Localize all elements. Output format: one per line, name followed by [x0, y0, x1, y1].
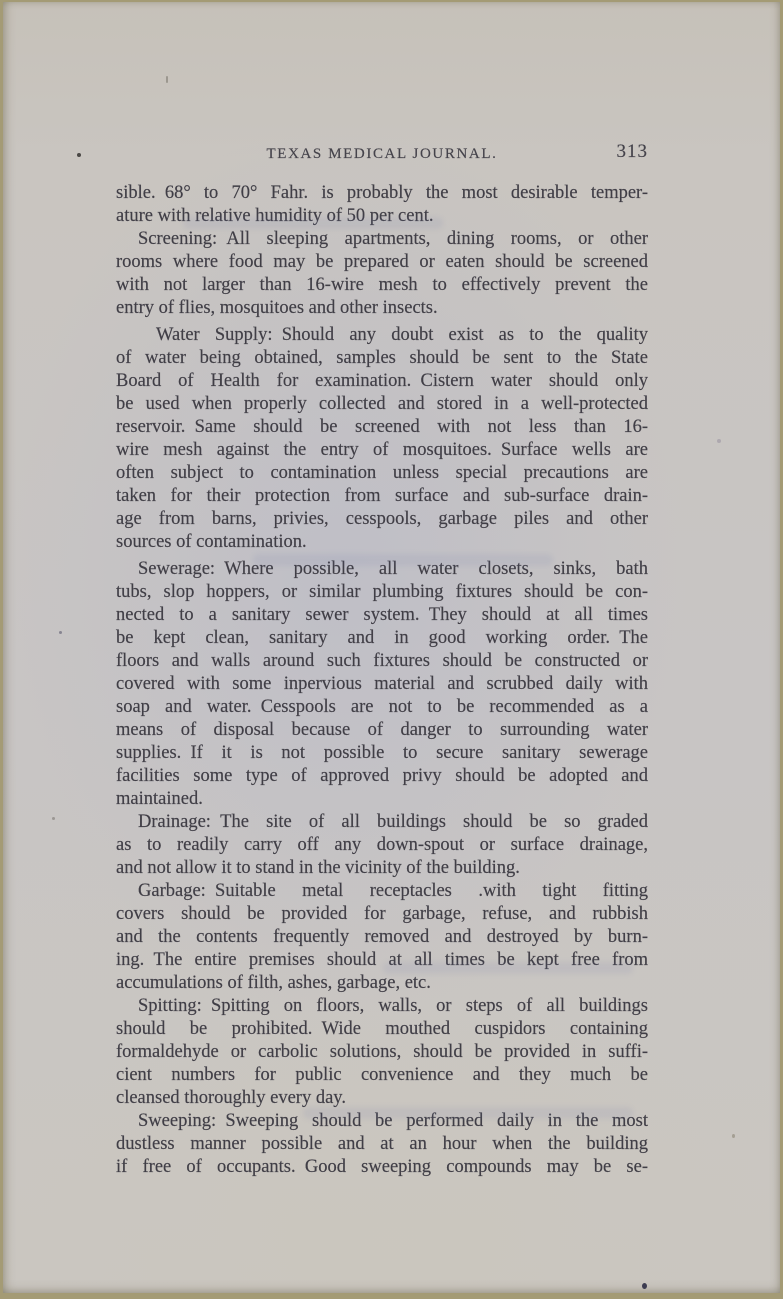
ink-speck	[642, 1283, 647, 1289]
text-line: rooms where food may be prepared or eate…	[116, 251, 648, 274]
text-line: floors and walls around such fixtures sh…	[116, 650, 648, 673]
text-line: wire mesh against the entry of mosquitoe…	[116, 439, 648, 462]
text-line: accumulations of filth, ashes, garbage, …	[116, 972, 648, 995]
text-line: age from barns, privies, cesspools, garb…	[116, 508, 648, 531]
show-through-artifact	[303, 1107, 633, 1119]
scanned-page: TEXAS MEDICAL JOURNAL. 313 sible. 68° to…	[0, 0, 783, 1299]
ink-speck	[52, 817, 55, 820]
paper-sheet: TEXAS MEDICAL JOURNAL. 313 sible. 68° to…	[3, 2, 780, 1293]
text-line: Garbage: Suitable metal receptacles .wit…	[116, 880, 648, 903]
text-line: means of disposal because of danger to s…	[116, 719, 648, 742]
paragraph: Water Supply: Should any doubt exist as …	[116, 324, 648, 554]
text-line: sible. 68° to 70° Fahr. is probably the …	[116, 182, 648, 205]
text-line: formaldehyde or carbolic solutions, shou…	[116, 1041, 648, 1064]
text-line: facilities some type of approved privy s…	[116, 765, 648, 788]
journal-title: TEXAS MEDICAL JOURNAL.	[116, 144, 648, 164]
paragraph: Screening: All sleeping apartments, dini…	[116, 228, 648, 320]
text-line: reservoir. Same should be screened with …	[116, 416, 648, 439]
text-line: Water Supply: Should any doubt exist as …	[116, 324, 648, 347]
page-body: sible. 68° to 70° Fahr. is probably the …	[116, 182, 648, 1179]
text-line: often subject to contamination unless sp…	[116, 462, 648, 485]
ink-speck	[59, 631, 62, 634]
running-header: TEXAS MEDICAL JOURNAL. 313	[116, 144, 648, 166]
ink-speck	[166, 76, 168, 83]
text-line: taken for their protection from surface …	[116, 485, 648, 508]
text-line: sources of contamination.	[116, 531, 648, 554]
text-line: be used when properly collected and stor…	[116, 393, 648, 416]
text-line: of water being obtained, samples should …	[116, 347, 648, 370]
text-line: dustless manner possible and at an hour …	[116, 1133, 648, 1156]
show-through-artifact	[383, 962, 633, 974]
paragraph: Drainage: The site of all buildings shou…	[116, 811, 648, 880]
text-line: tubs, slop hoppers, or similar plumbing …	[116, 581, 648, 604]
paragraph: Garbage: Suitable metal receptacles .wit…	[116, 880, 648, 995]
text-line: covered with some inpervious material an…	[116, 673, 648, 696]
show-through-artifact	[183, 217, 443, 229]
paragraph: Sweeping: Sweeping should be performed d…	[116, 1110, 648, 1179]
text-line: entry of flies, mosquitoes and other ins…	[116, 297, 648, 320]
text-line: Board of Health for examination. Cistern…	[116, 370, 648, 393]
text-line: soap and water. Cesspools are not to be …	[116, 696, 648, 719]
text-line: and the contents frequently removed and …	[116, 926, 648, 949]
text-line: as to readily carry off any down-spout o…	[116, 834, 648, 857]
ink-speck	[77, 153, 81, 157]
text-line: Drainage: The site of all buildings shou…	[116, 811, 648, 834]
text-line: maintained.	[116, 788, 648, 811]
paragraph: Spitting: Spitting on floors, walls, or …	[116, 995, 648, 1110]
text-line: Screening: All sleeping apartments, dini…	[116, 228, 648, 251]
text-line: and not allow it to stand in the vicinit…	[116, 857, 648, 880]
page-number: 313	[617, 141, 649, 163]
text-line: with not larger than 16-wire mesh to eff…	[116, 274, 648, 297]
text-line: Spitting: Spitting on floors, walls, or …	[116, 995, 648, 1018]
text-line: be kept clean, sanitary and in good work…	[116, 627, 648, 650]
text-line: supplies. If it is not possible to secur…	[116, 742, 648, 765]
show-through-artifact	[253, 554, 553, 566]
ink-speck	[717, 439, 721, 443]
text-line: cient numbers for public convenience and…	[116, 1064, 648, 1087]
text-line: covers should be provided for garbage, r…	[116, 903, 648, 926]
text-line: if free of occupants. Good sweeping comp…	[116, 1156, 648, 1179]
ink-speck	[732, 1134, 735, 1138]
text-line: should be prohibited. Wide mouthed cuspi…	[116, 1018, 648, 1041]
text-line: nected to a sanitary sewer system. They …	[116, 604, 648, 627]
paragraph: Sewerage: Where possible, all water clos…	[116, 558, 648, 811]
